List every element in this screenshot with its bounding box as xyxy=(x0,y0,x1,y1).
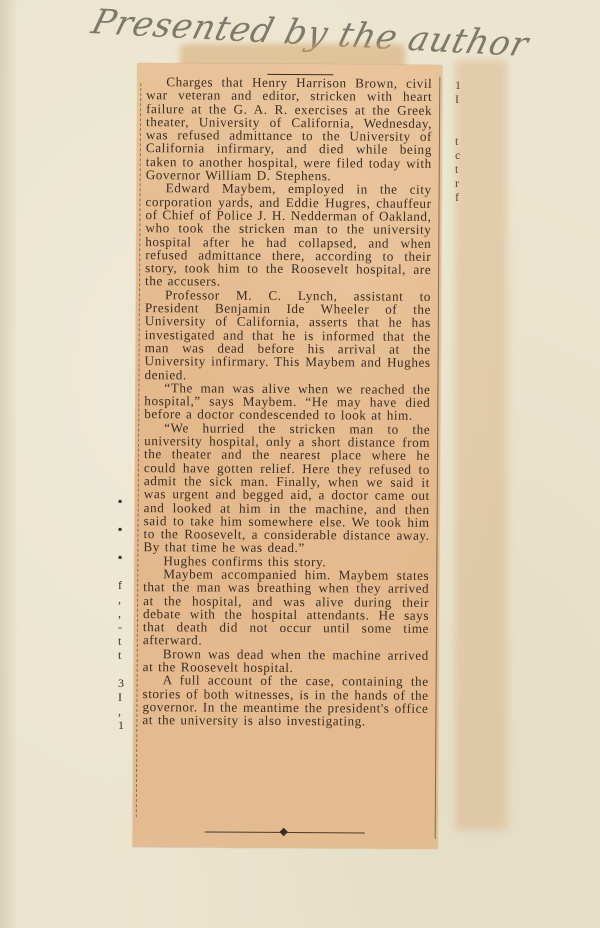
article-paragraph: Brown was dead when the machine arrived … xyxy=(143,647,429,675)
fragment-char: r xyxy=(455,176,467,190)
fragment-char xyxy=(118,438,132,452)
column-rule-right xyxy=(435,77,441,839)
article-paragraph: Charges that Henry Harrison Brown, civil… xyxy=(146,75,433,183)
article-paragraph: Maybem accompanied him. Maybem states th… xyxy=(143,567,429,649)
fragment-char: t xyxy=(118,634,132,648)
fragment-char: 3 xyxy=(118,676,132,690)
end-rule-ornament xyxy=(205,829,365,836)
page-edge-shadow xyxy=(0,0,18,928)
fragment-char xyxy=(118,354,132,368)
fragment-char xyxy=(118,662,132,676)
left-margin-fragment: ▪ ▪ ▪ f , , - t t 3 I , 1 xyxy=(118,340,132,732)
fragment-char: , xyxy=(118,592,132,606)
fragment-char: , xyxy=(118,704,132,718)
fragment-char xyxy=(455,106,467,120)
adjacent-column-fragment: 1 I t c t r f xyxy=(455,78,467,204)
fragment-char: 1 xyxy=(455,78,467,92)
fragment-char xyxy=(118,452,132,466)
fragment-char: f xyxy=(118,578,132,592)
diamond-ornament-icon xyxy=(279,828,287,836)
fragment-char xyxy=(118,410,132,424)
fragment-char xyxy=(455,120,467,134)
article-paragraph: Professor M. C. Lynch, assistant to Pres… xyxy=(144,288,431,383)
fragment-char: t xyxy=(455,162,467,176)
fragment-char xyxy=(118,396,132,410)
fragment-char xyxy=(118,480,132,494)
fragment-char xyxy=(118,368,132,382)
article-paragraph: “The man was alive when we reached the h… xyxy=(144,381,430,423)
fragment-char: - xyxy=(118,620,132,634)
fragment-char: ▪ xyxy=(118,494,132,508)
fragment-char: t xyxy=(455,134,467,148)
fragment-char: ▪ xyxy=(118,522,132,536)
fragment-char xyxy=(118,340,132,354)
article-paragraph: Edward Maybem, employed in the city corp… xyxy=(145,182,432,290)
fragment-char: ▪ xyxy=(118,550,132,564)
column-rule-left xyxy=(136,83,141,817)
fragment-char: , xyxy=(118,606,132,620)
article-paragraph: A full account of the case, containing t… xyxy=(142,673,428,728)
fragment-char: f xyxy=(455,190,467,204)
fragment-char xyxy=(118,382,132,396)
fragment-char xyxy=(118,564,132,578)
fragment-char xyxy=(118,466,132,480)
fragment-char xyxy=(118,536,132,550)
fragment-char: I xyxy=(455,92,467,106)
fragment-char xyxy=(118,508,132,522)
newspaper-clipping: Charges that Henry Harrison Brown, civil… xyxy=(133,63,443,849)
fragment-char: 1 xyxy=(118,718,132,732)
article-body: Charges that Henry Harrison Brown, civil… xyxy=(142,75,432,728)
fragment-char: t xyxy=(118,648,132,662)
article-paragraph: “We hurried the stricken man to the univ… xyxy=(143,421,430,556)
fragment-char: c xyxy=(455,148,467,162)
fragment-char xyxy=(118,424,132,438)
fragment-char: I xyxy=(118,690,132,704)
